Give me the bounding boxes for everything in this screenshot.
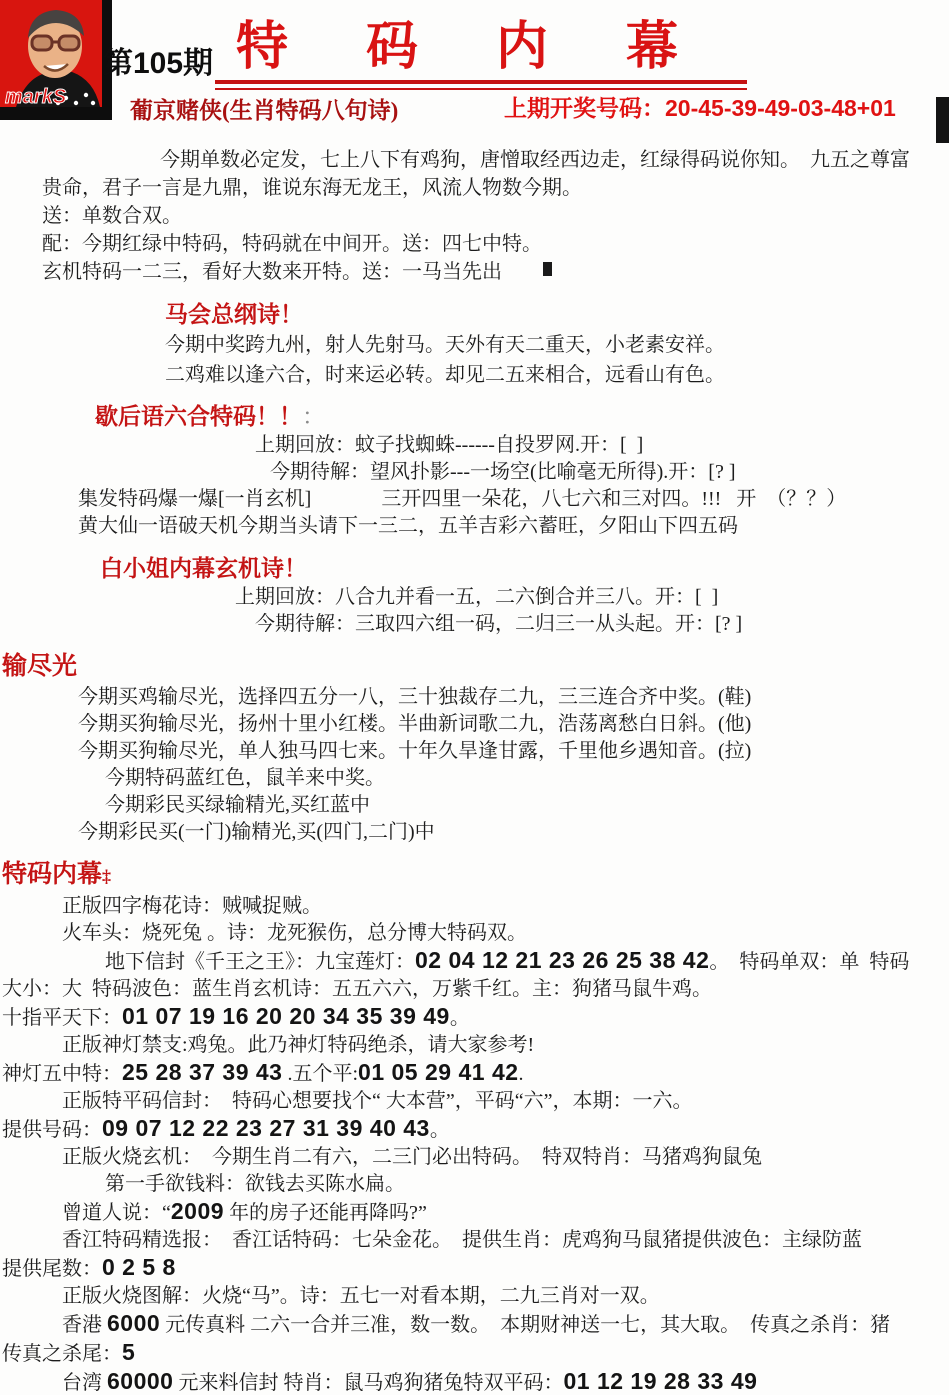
text-line: 上期回放：八合九并看一五，二六倒合并三八。开：[ ] [235,584,949,611]
baixiaojie-section: 白小姐内幕玄机诗！ 上期回放：八合九并看一五，二六倒合并三八。开：[ ] 今期待… [0,554,949,638]
scan-artifact [936,97,949,143]
text-line: 今期单数必定发，七上八下有鸡狗，唐憎取经西边走，红绿得码说你知。 九五之尊富 [42,146,949,174]
text-line: 曾道人说：“2009 年的房子还能再降吗?” [62,1198,949,1227]
heading-suffix: ： [302,404,325,429]
publisher-photo: markS [0,0,112,120]
number-group: 01 05 29 41 42 [358,1059,518,1085]
horse-association-poem-section: 马会总纲诗！ 今期中奖跨九州，射人先射马。天外有天二重天，小老素安祥。 二鸡难以… [0,300,949,390]
person-photo-icon: markS [0,0,112,120]
line-text: 。 [450,1007,470,1029]
text-line: 传真之杀尾：5 [2,1339,949,1368]
line-text: 。 [430,1119,450,1141]
text-line: 大小：大 特码波色：蓝生肖玄机诗：五五六六，万紫千红。主：狗猪马鼠牛鸡。 [2,976,949,1003]
line-text: 曾道人说：“ [62,1202,171,1224]
line-text: 年的房子还能再降吗?” [224,1202,427,1224]
header: markS 第105期 特码内幕 葡京赌侠(生肖特码八句诗) 上期开奖号码：20… [0,0,949,140]
text-line: 集发特码爆一爆[一肖玄机] 三开四里一朵花，八七六和三对四。!!! 开 （？？） [78,486,949,513]
issue-number: 第105期 [103,38,213,82]
text-line: 送：单数合双。 [42,202,949,230]
number-group: 5 [122,1339,135,1365]
text-line: 贵命，君子一言是九鼎，谁说东海无龙王，风流人物数今期。 [42,174,949,202]
line-text: 台湾 [62,1372,107,1394]
text-line: 黄大仙一语破天机今期当头请下一三二，五羊吉彩六蓄旺，夕阳山下四五码 [78,513,949,540]
text-line: 提供号码：09 07 12 22 23 27 31 39 40 43。 [2,1115,949,1144]
line-text: 。 特码单双：单 特码 [709,951,909,973]
page-title: 特码内幕 [236,4,756,79]
number-group: 2009 [171,1198,224,1224]
section-heading: 歇后语六合特码！！： [95,402,949,432]
text-line: 正版火烧玄机： 今期生肖二有六，二三门必出特码。 特双特肖：马猪鸡狗鼠兔 [62,1144,949,1171]
heading-mark: ‡ [102,866,111,886]
text-line: 地下信封《千王之王》：九宝莲灯：02 04 12 21 23 26 25 38 … [105,947,949,976]
text-line: 神灯五中特：25 28 37 39 43 .五个平:01 05 29 41 42… [2,1059,949,1088]
last-draw-label: 上期开奖号码： [504,95,665,121]
number-group: 09 07 12 22 23 27 31 39 40 43 [102,1115,430,1141]
number-group: 01 12 19 28 33 49 [563,1368,757,1394]
number-group: 25 28 37 39 43 [122,1059,282,1085]
section-heading: 马会总纲诗！ [165,300,949,330]
text-line: 火车头：烧死兔 。诗：龙死猴伤，总分博大特码双。 [62,920,949,947]
text-line: 第一手欲钱料：欲钱去买陈水扁。 [105,1171,949,1198]
text-line: 玄机特码一二三，看好大数来开特。送：一马当先出 [42,258,949,286]
heading-text: 歇后语六合特码！！ [95,404,302,429]
section-heading: 白小姐内幕玄机诗！ [100,554,949,584]
text-line: 正版特平码信封： 特码心想要找个“ 大本营”，平码“六”，本期：一六。 [62,1088,949,1115]
text-line: 香江特码精选报： 香江话特码：七朵金花。 提供生肖：虎鸡狗马鼠猪提供波色：主绿防… [62,1227,949,1254]
intro-poem: 今期单数必定发，七上八下有鸡狗，唐憎取经西边走，红绿得码说你知。 九五之尊富 贵… [0,146,949,286]
line-text: 提供尾数： [2,1258,102,1280]
section-heading: 输尽光 [2,650,949,684]
text-line: 十指平天下：01 07 19 16 20 20 34 35 39 49。 [2,1003,949,1032]
number-group: 01 07 19 16 20 20 34 35 39 49 [122,1003,450,1029]
text-line: 今期特码蓝红色，鼠羊来中奖。 [105,765,949,792]
line-text: .五个平: [282,1063,358,1085]
line-text: 地下信封《千王之王》：九宝莲灯： [105,951,415,973]
text-line: 今期待解：三取四六组一码，二归三一从头起。开：[? ] [255,611,949,638]
text-line: 二鸡难以逢六合，时来运必转。却见二五来相合，远看山有色。 [165,360,949,390]
last-draw-numbers: 20-45-39-49-03-48+01 [665,95,896,121]
number-group: 6000 [107,1310,160,1336]
text-line: 今期买狗输尽光，单人独马四七来。十年久旱逢甘露，千里他乡遇知音。(拉) [78,738,949,765]
text-line: 今期买鸡输尽光，选择四五分一八，三十独裁存二九，三三连合齐中奖。(鞋) [78,684,949,711]
title-underline-top [215,80,747,84]
line-text: 元来料信封 特肖：鼠马鸡狗猪兔特双平码： [173,1372,563,1394]
number-group: 0 2 5 8 [102,1254,176,1280]
line-text: 元传真料 二六一合并三准，数一数。 本期财神送一七，其大取。 传真之杀肖：猪 [160,1314,890,1336]
text-line: 配：今期红绿中特码，特码就在中间开。送：四七中特。 [42,230,949,258]
insider-section: 特码内幕‡ 正版四字梅花诗：贼喊捉贼。 火车头：烧死兔 。诗：龙死猴伤，总分博大… [0,858,949,1395]
line-text: . [519,1063,524,1085]
text-line: 正版四字梅花诗：贼喊捉贼。 [62,893,949,920]
number-group: 02 04 12 21 23 26 25 38 42 [415,947,709,973]
section-heading: 特码内幕‡ [2,858,949,893]
line-text: 提供号码： [2,1119,102,1141]
text-line: 上期回放：蚊子找蜘蛛------自投罗网.开：[ ] [255,432,949,459]
line-text: 传真之杀尾： [2,1343,122,1365]
text-line: 今期待解：望风扑影---一场空(比喻毫无所得).开：[? ] [270,459,949,486]
avatar-watermark: markS [5,86,67,108]
text-line: 香港 6000 元传真料 二六一合并三准，数一数。 本期财神送一七，其大取。 传… [62,1310,949,1339]
text-line: 台湾 60000 元来料信封 特肖：鼠马鸡狗猪兔特双平码：01 12 19 28… [62,1368,949,1395]
series-title: 葡京赌侠(生肖特码八句诗) [130,92,398,125]
page: markS 第105期 特码内幕 葡京赌侠(生肖特码八句诗) 上期开奖号码：20… [0,0,949,1395]
line-text: 香港 [62,1314,107,1336]
last-draw-result: 上期开奖号码：20-45-39-49-03-48+01 [504,90,896,123]
riddle-section: 歇后语六合特码！！： 上期回放：蚊子找蜘蛛------自投罗网.开：[ ] 今期… [0,402,949,540]
text-line: 正版火烧图解：火烧“马”。诗：五七一对看本期，二九三肖对一双。 [62,1283,949,1310]
line-text: 十指平天下： [2,1007,122,1029]
number-group: 60000 [107,1368,173,1394]
line-text: 神灯五中特： [2,1063,122,1085]
text-line: 提供尾数：0 2 5 8 [2,1254,949,1283]
shujinguang-section: 输尽光 今期买鸡输尽光，选择四五分一八，三十独裁存二九，三三连合齐中奖。(鞋) … [0,650,949,846]
scan-artifact [543,262,552,276]
heading-text: 特码内幕 [2,861,102,888]
text-line: 今期彩民买绿输精光,买红蓝中 [105,792,949,819]
text-line: 今期中奖跨九州，射人先射马。天外有天二重天，小老素安祥。 [165,330,949,360]
text-line: 今期买狗输尽光，扬州十里小红楼。半曲新词歌二九，浩荡离愁白日斜。(他) [78,711,949,738]
text-line: 正版神灯禁支:鸡兔。此乃神灯特码绝杀，请大家参考! [62,1032,949,1059]
text-line: 今期彩民买(一门)输精光,买(四门,二门)中 [78,819,949,846]
